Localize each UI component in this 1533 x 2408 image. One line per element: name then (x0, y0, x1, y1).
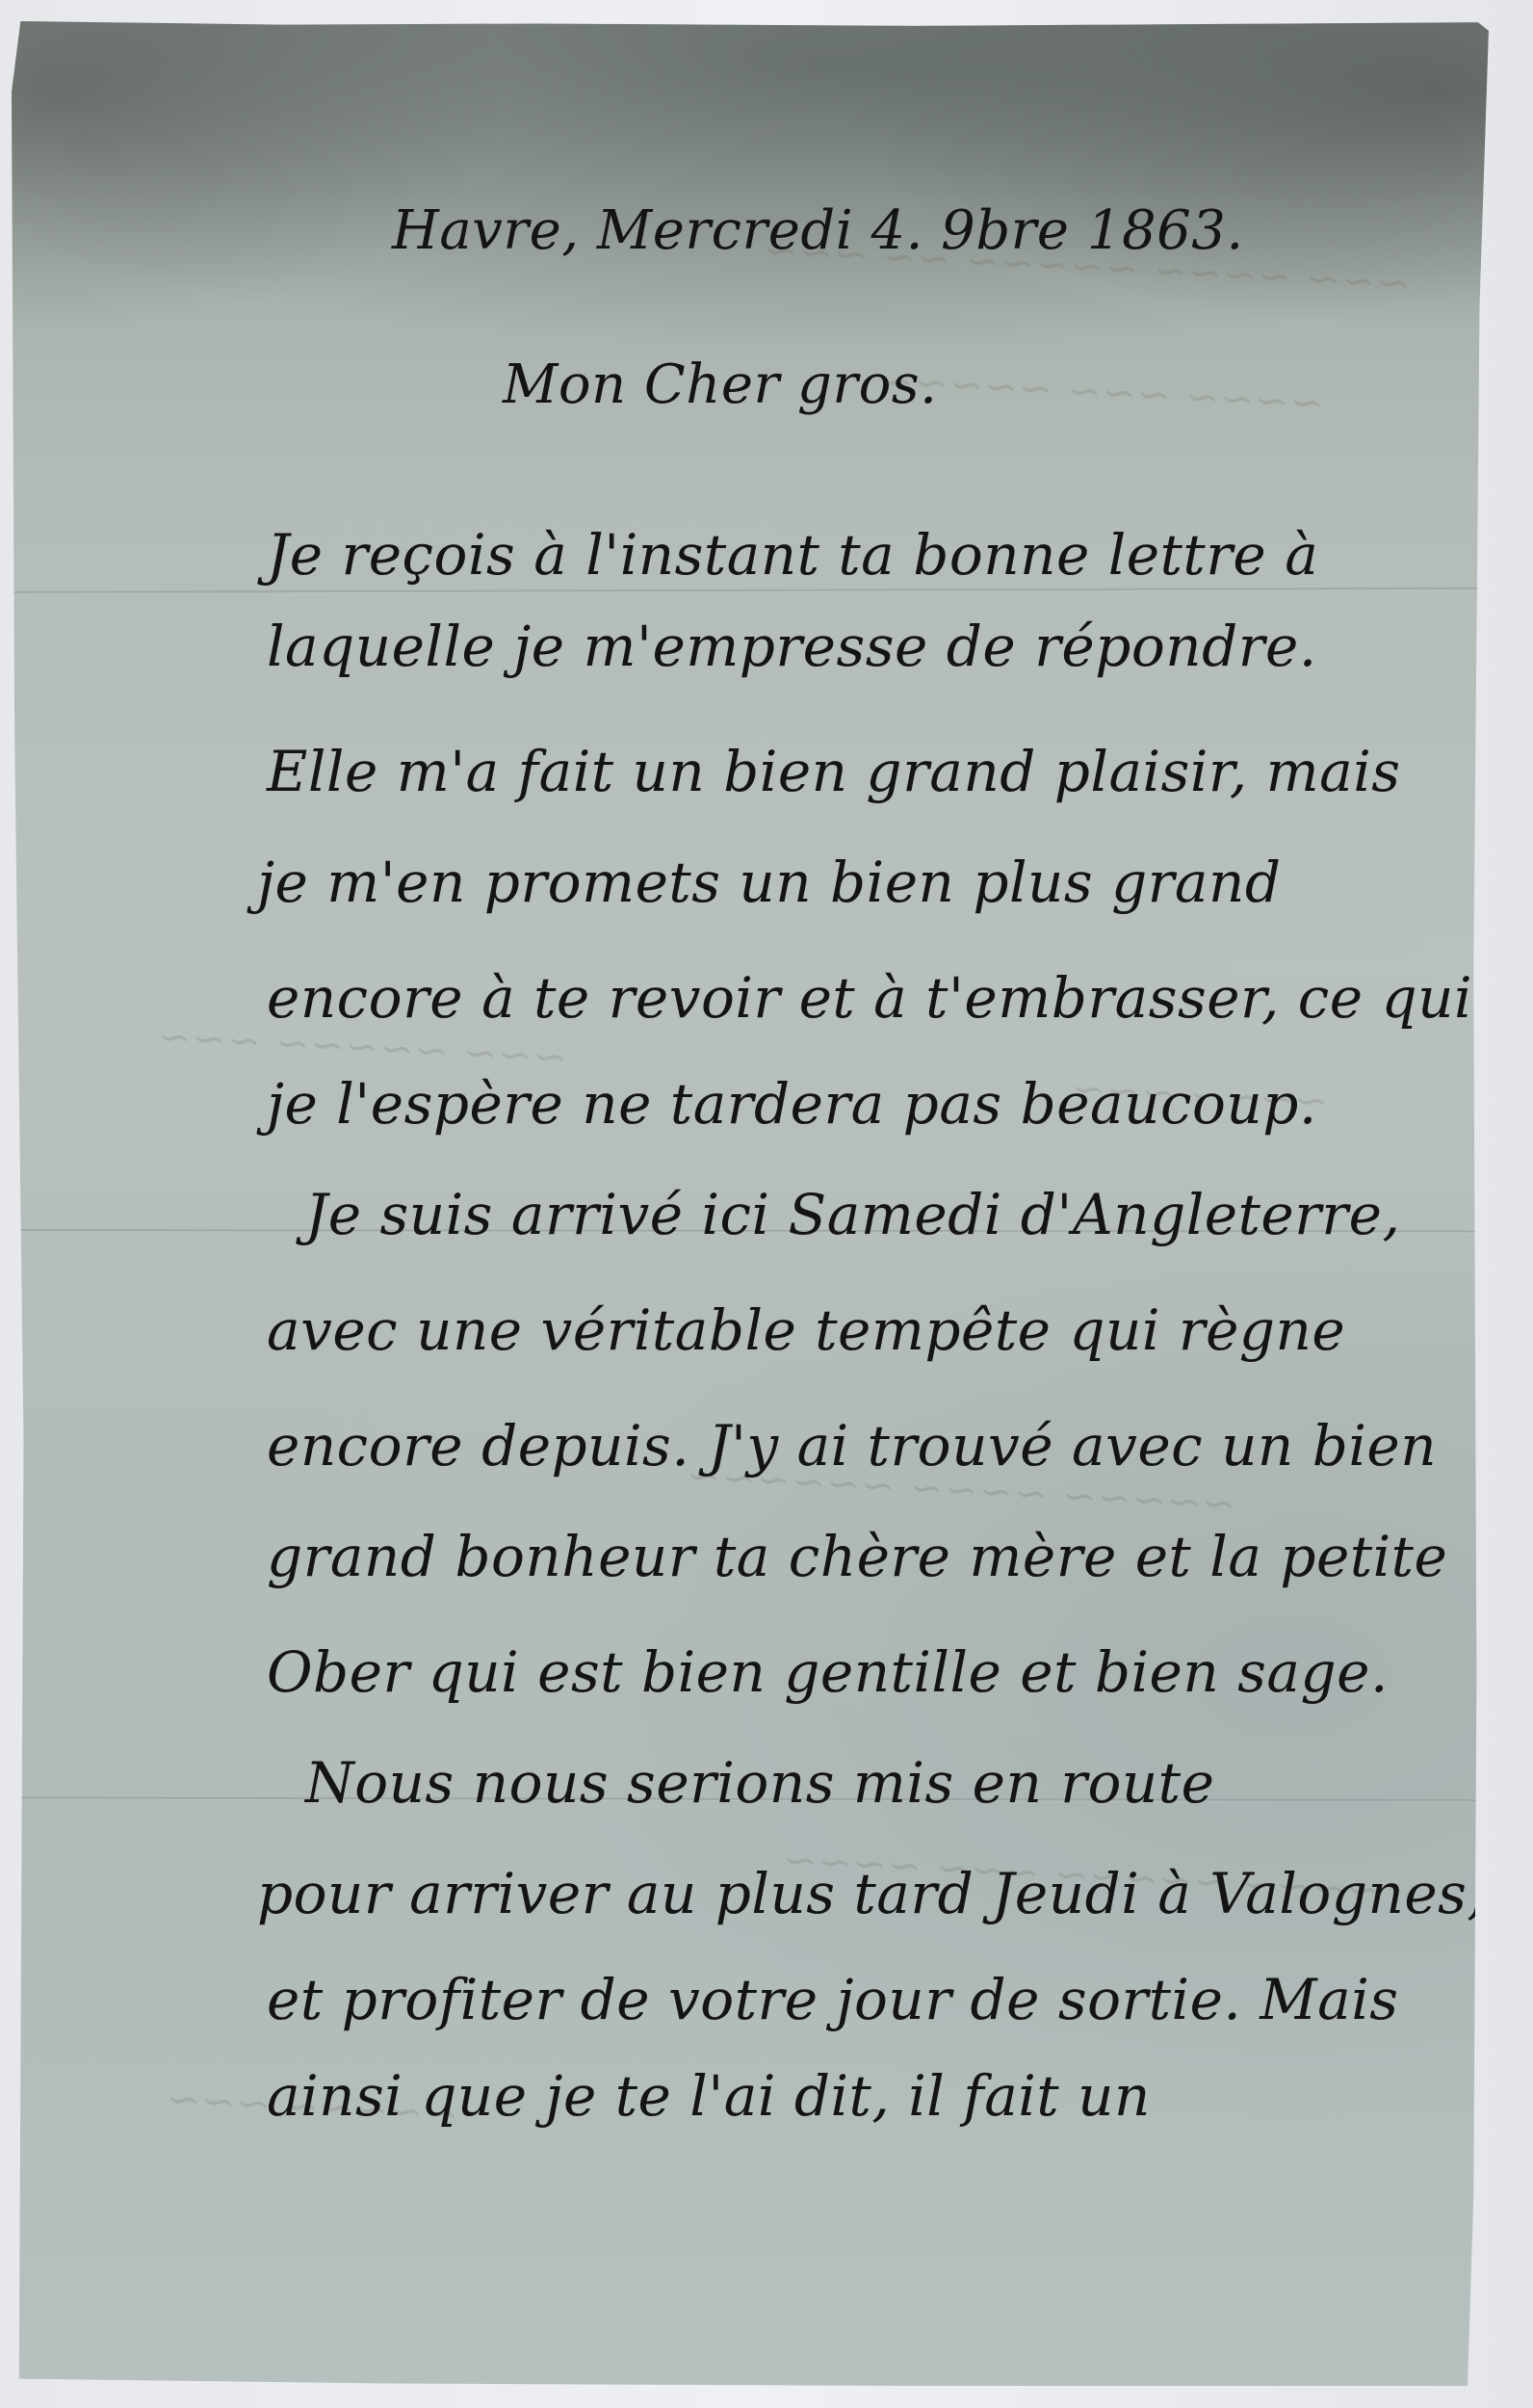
letter-line: Je reçois à l'instant ta bonne lettre à (267, 522, 1318, 588)
letter-line: et profiter de votre jour de sortie. Mai… (267, 1967, 1399, 2032)
letter-line: ainsi que je te l'ai dit, il fait un (267, 2063, 1151, 2129)
letter-line: grand bonheur ta chère mère et la petite (267, 1524, 1447, 1589)
letter-line: encore à te revoir et à t'embrasser, ce … (267, 965, 1472, 1031)
letter-line: Elle m'a fait un bien grand plaisir, mai… (267, 739, 1401, 804)
letter-line: encore depuis. J'y ai trouvé avec un bie… (267, 1413, 1437, 1479)
letter-paper: ~~~ ~~~~ ~~~~~ ~~ ~~~ ~~~~ ~~~ ~~~~~ ~~~… (12, 21, 1516, 2386)
letter-line: pour arriver au plus tard Jeudi à Valogn… (257, 1861, 1485, 1926)
letter-line: avec une véritable tempête qui règne (267, 1297, 1345, 1363)
letter-line: Nous nous serions mis en route (305, 1750, 1214, 1816)
letter-line: Ober qui est bien gentille et bien sage. (267, 1639, 1389, 1705)
letter-line: je l'espère ne tardera pas beaucoup. (267, 1071, 1317, 1137)
letter-line: je m'en promets un bien plus grand (257, 850, 1282, 915)
salutation: Mon Cher gros. (503, 353, 937, 416)
letter-body: Havre, Mercredi 4. 9bre 1863. Mon Cher g… (12, 21, 1516, 2386)
letter-line: Je suis arrivé ici Samedi d'Angleterre, (305, 1182, 1400, 1247)
letter-line: laquelle je m'empresse de répondre. (267, 614, 1317, 679)
dateline: Havre, Mercredi 4. 9bre 1863. (392, 199, 1244, 262)
